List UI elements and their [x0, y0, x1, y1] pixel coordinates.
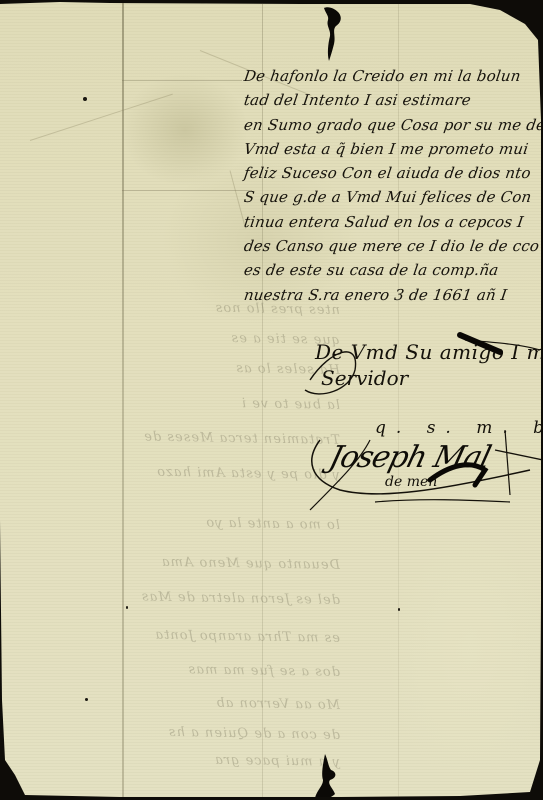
manuscript-page: ntes pres llo nos que se tie a es Ha sel…: [0, 0, 543, 800]
ink-blot-icon: [322, 4, 346, 62]
ink-speck: [398, 608, 400, 611]
ink-speck: [126, 606, 128, 609]
letter-line: De hafonlo la Creido en mi la bolun: [242, 64, 543, 88]
letter-line: tinua entera Salud en los a cepcos I: [242, 210, 543, 234]
signature-flourish-icon: [300, 330, 543, 520]
letter-body: De hafonlo la Creido en mi la bolun tad …: [244, 64, 543, 307]
ink-speck: [83, 97, 87, 101]
ink-blot-icon: [313, 754, 341, 800]
letter-line: S que g.de a Vmd Mui felices de Con: [242, 185, 543, 209]
horizontal-crease: [122, 80, 242, 81]
horizontal-crease: [122, 190, 252, 191]
letter-line: nuestra S.ra enero 3 de 1661 añ I: [242, 283, 543, 307]
letter-line: des Canso que mere ce I dio le de cco: [242, 234, 543, 258]
letter-line: en Sumo grado que Cosa por su me de: [242, 113, 543, 137]
letter-line: tad del Intento I asi estimare: [242, 88, 543, 112]
letter-line: feliz Suceso Con el aiuda de dios nto: [242, 161, 543, 185]
letter-line: Vmd esta a q̃ bien I me prometo mui: [242, 137, 543, 161]
letter-line: es de este su casa de la comp.ña: [242, 258, 543, 282]
